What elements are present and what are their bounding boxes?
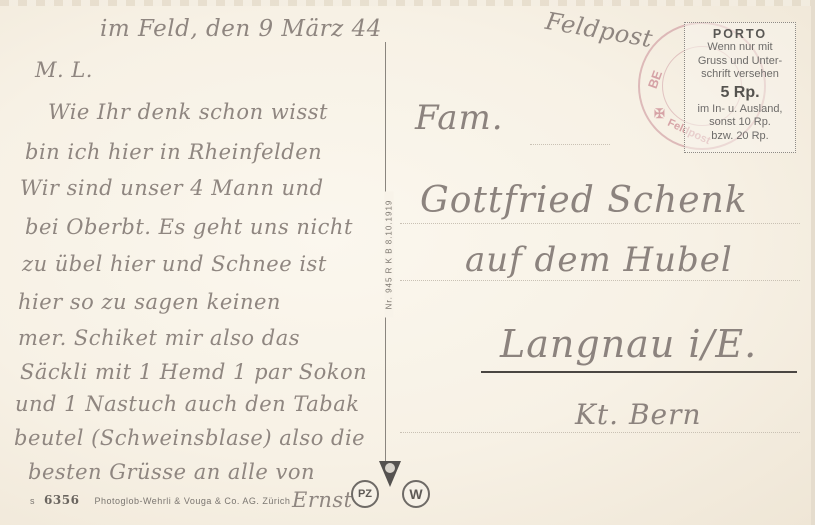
- series-letter: s: [30, 496, 35, 506]
- porto-box: PORTO Wenn nur mit Gruss und Unter- schr…: [684, 22, 796, 153]
- message-line: besten Grüsse an alle von: [28, 460, 315, 484]
- message-line: Säckli mit 1 Hemd 1 par Sokon: [20, 360, 367, 384]
- message-line: bin ich hier in Rheinfelden: [25, 140, 322, 164]
- porto-line: Gruss und Unter-: [685, 55, 795, 69]
- publisher-name: Photoglob-Wehrli & Vouga & Co. AG. Züric…: [94, 496, 290, 506]
- porto-line: Wenn nur mit: [685, 41, 795, 55]
- address-rule: [400, 432, 800, 433]
- address-line-street: auf dem Hubel: [465, 240, 733, 280]
- deckled-top-edge: [0, 0, 815, 6]
- feldpost-note: Feldpost: [543, 7, 655, 53]
- address-line-town: Langnau i/E.: [500, 322, 757, 366]
- message-line: Wir sind unser 4 Mann und: [20, 176, 324, 200]
- salutation: M. L.: [35, 58, 93, 82]
- v-logo-emblem: [385, 463, 395, 473]
- address-line-family: Fam.: [415, 98, 504, 138]
- swiss-cross-icon: ✠: [654, 106, 665, 122]
- address-underline: [481, 371, 797, 373]
- signature: Ernst: [292, 488, 353, 512]
- address-line-canton: Kt. Bern: [575, 398, 702, 431]
- card-right-edge: [811, 0, 815, 525]
- w-logo-icon: W: [402, 480, 430, 508]
- address-rule: [530, 144, 610, 145]
- postcard-back: im Feld, den 9 März 44 M. L. Wie Ihr den…: [0, 0, 815, 525]
- message-line: und 1 Nastuch auch den Tabak: [15, 392, 359, 416]
- pz-logo-icon: PZ: [351, 480, 379, 508]
- porto-line: im In- u. Ausland,: [685, 103, 795, 117]
- address-line-name: Gottfried Schenk: [420, 180, 748, 221]
- address-rule: [400, 223, 800, 224]
- porto-price: 5 Rp.: [685, 84, 795, 102]
- printer-permit-number: Nr. 945 R K B 8.10.1919: [385, 192, 394, 318]
- porto-line: bzw. 20 Rp.: [685, 130, 795, 144]
- message-line: hier so zu sagen keinen: [18, 290, 281, 314]
- message-line: mer. Schiket mir also das: [18, 326, 300, 350]
- porto-line: schrift versehen: [685, 68, 795, 82]
- message-line: beutel (Schweinsblase) also die: [14, 426, 365, 450]
- porto-line: sonst 10 Rp.: [685, 116, 795, 130]
- publisher-imprint: s 6356 Photoglob-Wehrli & Vouga & Co. AG…: [30, 493, 290, 507]
- dateline: im Feld, den 9 März 44: [100, 16, 382, 42]
- message-line: Wie Ihr denk schon wisst: [48, 100, 328, 124]
- address-rule: [400, 280, 800, 281]
- porto-title: PORTO: [685, 27, 795, 41]
- message-line: zu übel hier und Schnee ist: [22, 252, 327, 276]
- card-number: 6356: [44, 493, 79, 507]
- message-line: bei Oberbt. Es geht uns nicht: [25, 215, 353, 239]
